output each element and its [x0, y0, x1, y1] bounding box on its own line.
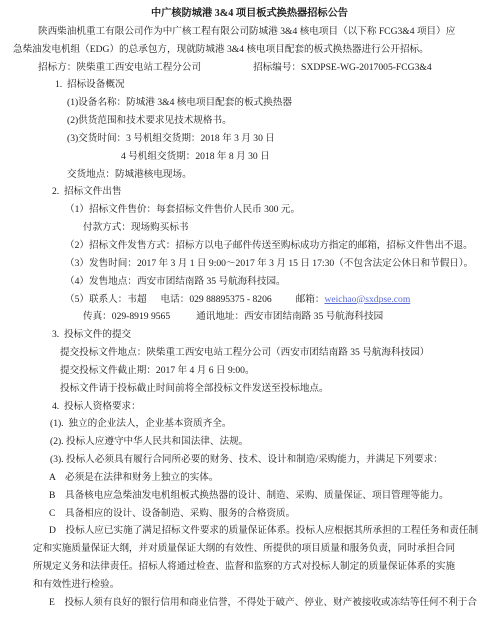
- device-name-item: (1)设备名称：防城港 3&4 核电项目配套的板式换热器: [13, 94, 486, 112]
- sale-time-item: （3）发售时间：2017 年 3 月 1 日 9:00～2017 年 3 月 1…: [13, 255, 486, 273]
- doc-title: 中广核防城港 3&4 项目板式换热器招标公告: [13, 5, 486, 23]
- requirement-a: A 必须是在法律和财务上独立的实体。: [13, 469, 486, 487]
- submission-note: 投标文件请于投标截止时间前将全部投标文件发送至投标地点。: [13, 380, 486, 398]
- requirement-c: C 具备相应的设计、设备制造、采购、服务的合格资质。: [13, 505, 486, 523]
- supply-scope-item: (2)供货范围和技术要求见技术规格书。: [13, 112, 486, 130]
- submission-place: 提交投标文件地点：陕柴重工西安电站工程分公司（西安市团结南路 35 号航海科技园…: [13, 344, 486, 362]
- announcement-document: 中广核防城港 3&4 项目板式换热器招标公告 陕西柴油机重工有限公司作为中广核工…: [0, 0, 499, 612]
- requirement-b: B 具备核电应急柴油发电机组板式换热器的设计、制造、采购、质量保证、项目管理等能…: [13, 487, 486, 505]
- qualification-item-1: (1). 独立的企业法人，企业基本资质齐全。: [13, 415, 486, 433]
- requirement-d-line-2: 定和实施质量保证大纲，并对质量保证大纲的有效性、所提供的项目质量和服务负责，同时…: [13, 540, 486, 558]
- section-3-heading: 3. 投标文件的提交: [13, 326, 486, 344]
- doc-price-item: （1）招标文件售价：每套招标文件售价人民币 300 元。: [13, 201, 486, 219]
- requirement-e: E 投标人须有良好的银行信用和商业信誉，不得处于破产、停业、财产被接收或冻结等任…: [13, 594, 486, 612]
- qualification-item-2: (2). 投标人应遵守中华人民共和国法律、法规。: [13, 433, 486, 451]
- delivery-time-unit4: 4 号机组交货期：2018 年 8 月 30 日: [13, 148, 486, 166]
- tender-info-line: 招标方：陕柴重工西安电站工程分公司招标编号：SXDPSE-WG-2017005-…: [13, 59, 486, 77]
- requirement-d-line-4: 和有效性进行检验。: [13, 576, 486, 594]
- section-4-heading: 4. 投标人资格要求：: [13, 398, 486, 416]
- delivery-time-item: (3)交货时间：3 号机组交货期：2018 年 3 月 30 日: [13, 130, 486, 148]
- fax-number: 传真：029-8919 9565: [83, 311, 170, 322]
- contact-email-link[interactable]: weichao@sxdpse.com: [324, 294, 410, 305]
- mailing-address: 通讯地址：西安市团结南路 35 号航海科技园: [196, 311, 383, 322]
- contact-person: （5）联系人：韦超: [65, 294, 147, 305]
- contact-line: （5）联系人：韦超电话：029 88895375 - 8206邮箱：weicha…: [13, 291, 486, 309]
- intro-line-1: 陕西柴油机重工有限公司作为中广核工程有限公司防城港 3&4 核电项目（以下称 F…: [13, 23, 486, 41]
- tender-number: 招标编号：SXDPSE-WG-2017005-FCG3&4: [253, 62, 432, 73]
- requirement-d-line-3: 所规定义务和法律责任。招标人将通过检查、监督和监察的方式对投标人制定的质量保证体…: [13, 558, 486, 576]
- qualification-item-3: (3). 投标人必须具有履行合同所必要的财务、技术、设计和制造/采购能力，并满足…: [13, 451, 486, 469]
- tender-party: 招标方：陕柴重工西安电站工程分公司: [38, 62, 201, 73]
- section-1-heading: 1. 招标设备概况: [13, 76, 486, 94]
- requirement-d-line-1: D 投标人应已实施了满足招标文件要求的质量保证体系。投标人应根据其所承担的工程任…: [13, 522, 486, 540]
- fax-address-line: 传真：029-8919 9565通讯地址：西安市团结南路 35 号航海科技园: [13, 308, 486, 326]
- intro-line-2: 急柴油发电机组（EDG）的总承包方，现就防城港 3&4 核电项目配套的板式换热器…: [13, 41, 486, 59]
- contact-phone: 电话：029 88895375 - 8206: [161, 294, 272, 305]
- payment-method: 付款方式：现场购买标书: [13, 219, 486, 237]
- section-2-heading: 2. 招标文件出售: [13, 183, 486, 201]
- sale-method-item: （2）招标文件发售方式：招标方以电子邮件传送至购标成功方指定的邮箱，招标文件售出…: [13, 237, 486, 255]
- delivery-place: 交货地点：防城港核电现场。: [13, 166, 486, 184]
- contact-email-label: 邮箱：: [296, 294, 325, 305]
- submission-deadline: 提交投标文件截止期：2017 年 4 月 6 日 9:00。: [13, 362, 486, 380]
- sale-place-item: （4）发售地点：西安市团结南路 35 号航海科技园。: [13, 273, 486, 291]
